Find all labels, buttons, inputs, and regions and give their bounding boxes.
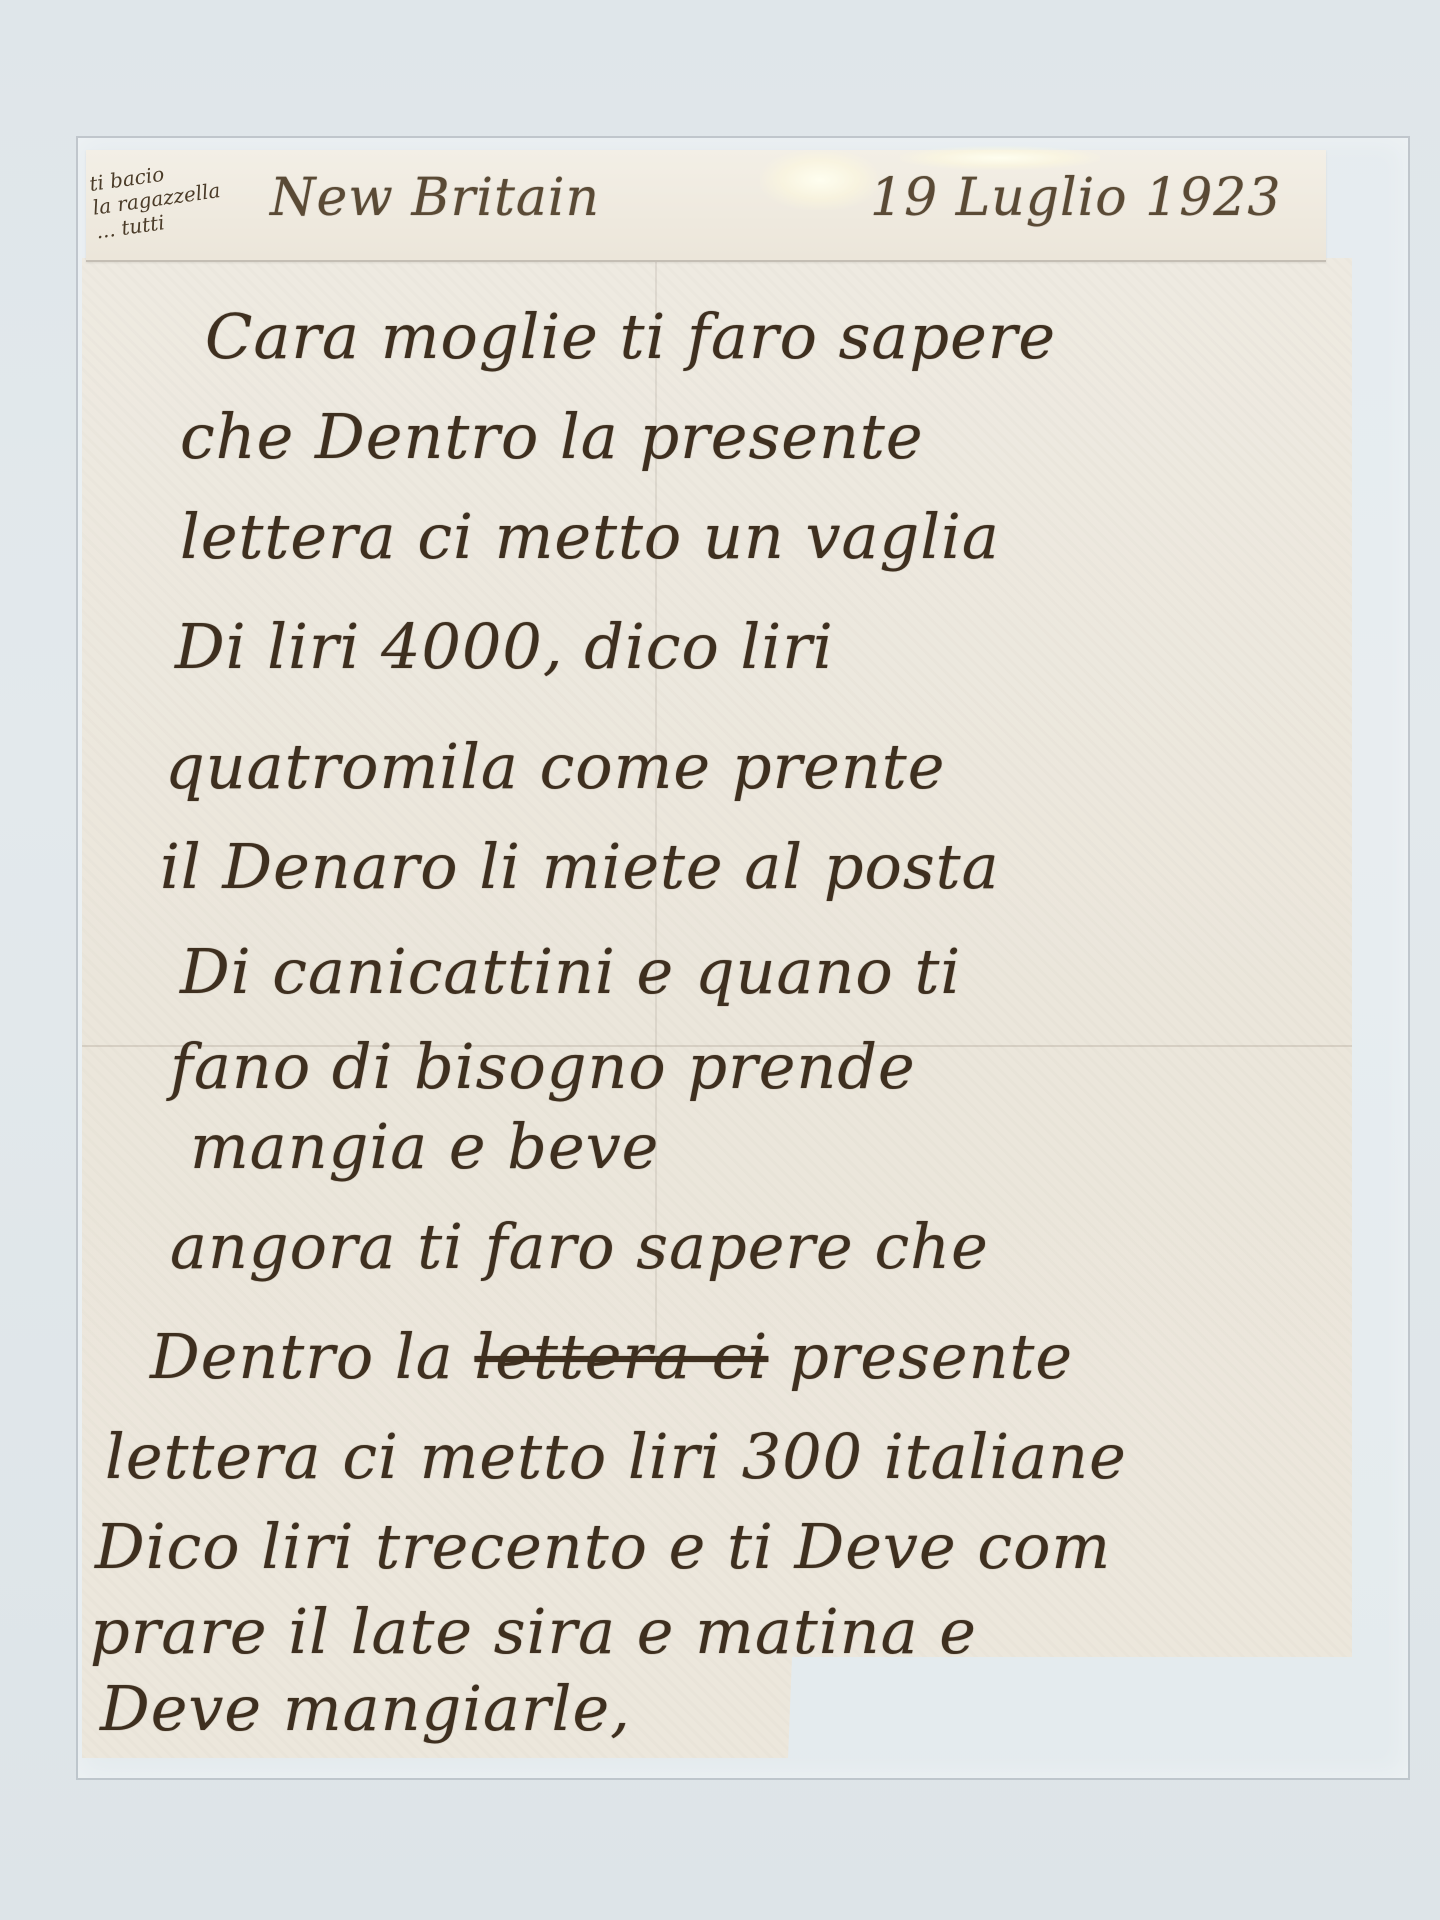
letter-text: presente xyxy=(789,1320,1073,1393)
sleeve-glare xyxy=(760,150,880,210)
letter-line: che Dentro la presente xyxy=(180,400,924,473)
letter-line: lettera ci metto un vaglia xyxy=(180,500,1000,573)
struck-out-text: lettera ci xyxy=(474,1320,768,1393)
letter-line: Cara moglie ti faro sapere xyxy=(205,300,1056,373)
letter-line: lettera ci metto liri 300 italiane xyxy=(105,1420,1127,1493)
letter-line: angora ti faro sapere che xyxy=(170,1210,989,1283)
letter-line: Dico liri trecento e ti Deve com xyxy=(95,1510,1111,1583)
letter-date: 19 Luglio 1923 xyxy=(870,168,1281,228)
letter-line: Dentro la lettera ci presente xyxy=(150,1320,1073,1393)
letter-line: quatromila come prente xyxy=(165,730,945,803)
letter-line: Deve mangiarle, xyxy=(100,1672,631,1745)
sleeve-glare xyxy=(900,146,1100,170)
letter-line: prare il late sira e matina e xyxy=(90,1595,977,1668)
letter-text: Dentro la xyxy=(150,1320,454,1393)
letter-line: Di canicattini e quano ti xyxy=(180,935,961,1008)
letter-line: mangia e beve xyxy=(190,1110,659,1183)
letter-line: Di liri 4000, dico liri xyxy=(175,610,834,683)
letter-line: fano di bisogno prende xyxy=(170,1030,916,1103)
letter-place: New Britain xyxy=(270,168,600,228)
letter-line: il Denaro li miete al posta xyxy=(160,830,1000,903)
